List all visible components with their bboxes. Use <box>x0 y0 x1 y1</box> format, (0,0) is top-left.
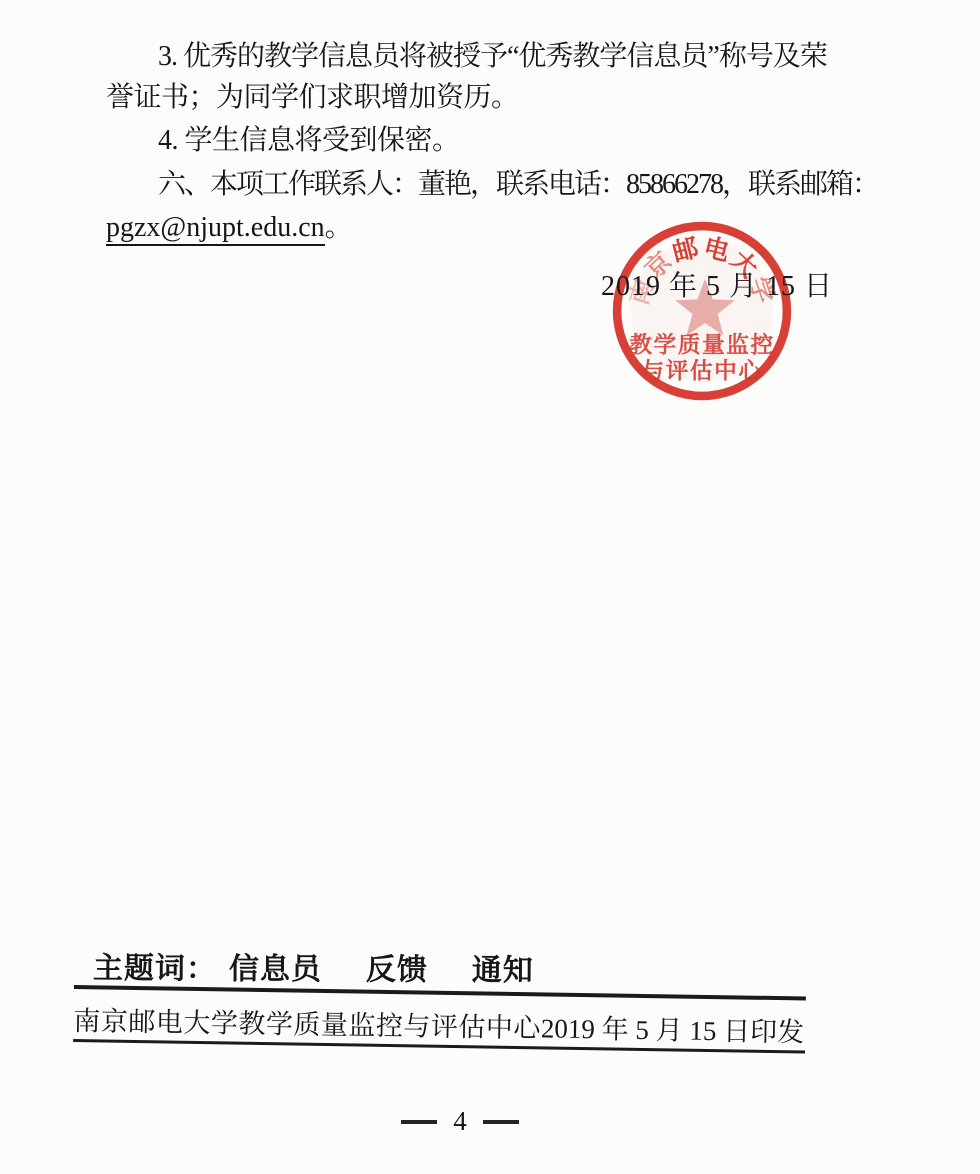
keywords-label: 主题词： <box>93 952 217 986</box>
sign-date: 2019 年 5 月 15 日 <box>601 264 833 304</box>
issuer-name: 南京邮电大学教学质量监控与评估中心 <box>73 998 541 1044</box>
contact-email-link[interactable]: pgzx@njupt.edu.cn <box>106 212 325 246</box>
document-page: 3. 优秀的教学信息员将被授予“优秀教学信息员”称号及荣 誉证书；为同学们求职增… <box>0 0 980 1174</box>
page-dash-right-icon <box>483 1120 519 1124</box>
keyword-item: 信息员 <box>229 944 322 988</box>
print-date: 2019 年 5 月 15 日印发 <box>541 1006 817 1049</box>
keyword-item: 通知 <box>472 945 534 989</box>
official-seal: 南京邮电大学 教学质量监控 与评估中心 <box>609 218 795 404</box>
body-line-1: 3. 优秀的教学信息员将被授予“优秀教学信息员”称号及荣 <box>106 40 980 74</box>
page-number-row: 4 <box>0 1106 920 1137</box>
page-number: 4 <box>453 1106 467 1137</box>
body-line-3: 4. 学生信息将受到保密。 <box>106 124 980 158</box>
body-line-2: 誉证书；为同学们求职增加资历。 <box>106 81 936 115</box>
email-suffix: 。 <box>325 212 353 243</box>
seal-dept-line1: 教学质量监控 <box>629 331 775 357</box>
body-line-4: 六、本项工作联系人：董艳，联系电话：85866278，联系邮箱： <box>106 168 980 202</box>
footer-keywords: 主题词：信息员反馈通知 <box>93 943 534 989</box>
body-line-email: pgzx@njupt.edu.cn。 <box>106 211 936 245</box>
keyword-item: 反馈 <box>366 944 428 988</box>
seal-dept-line2: 与评估中心 <box>641 358 762 384</box>
colophon-block: 南京邮电大学教学质量监控与评估中心 2019 年 5 月 15 日印发 <box>73 985 806 1053</box>
page-dash-left-icon <box>401 1120 437 1124</box>
